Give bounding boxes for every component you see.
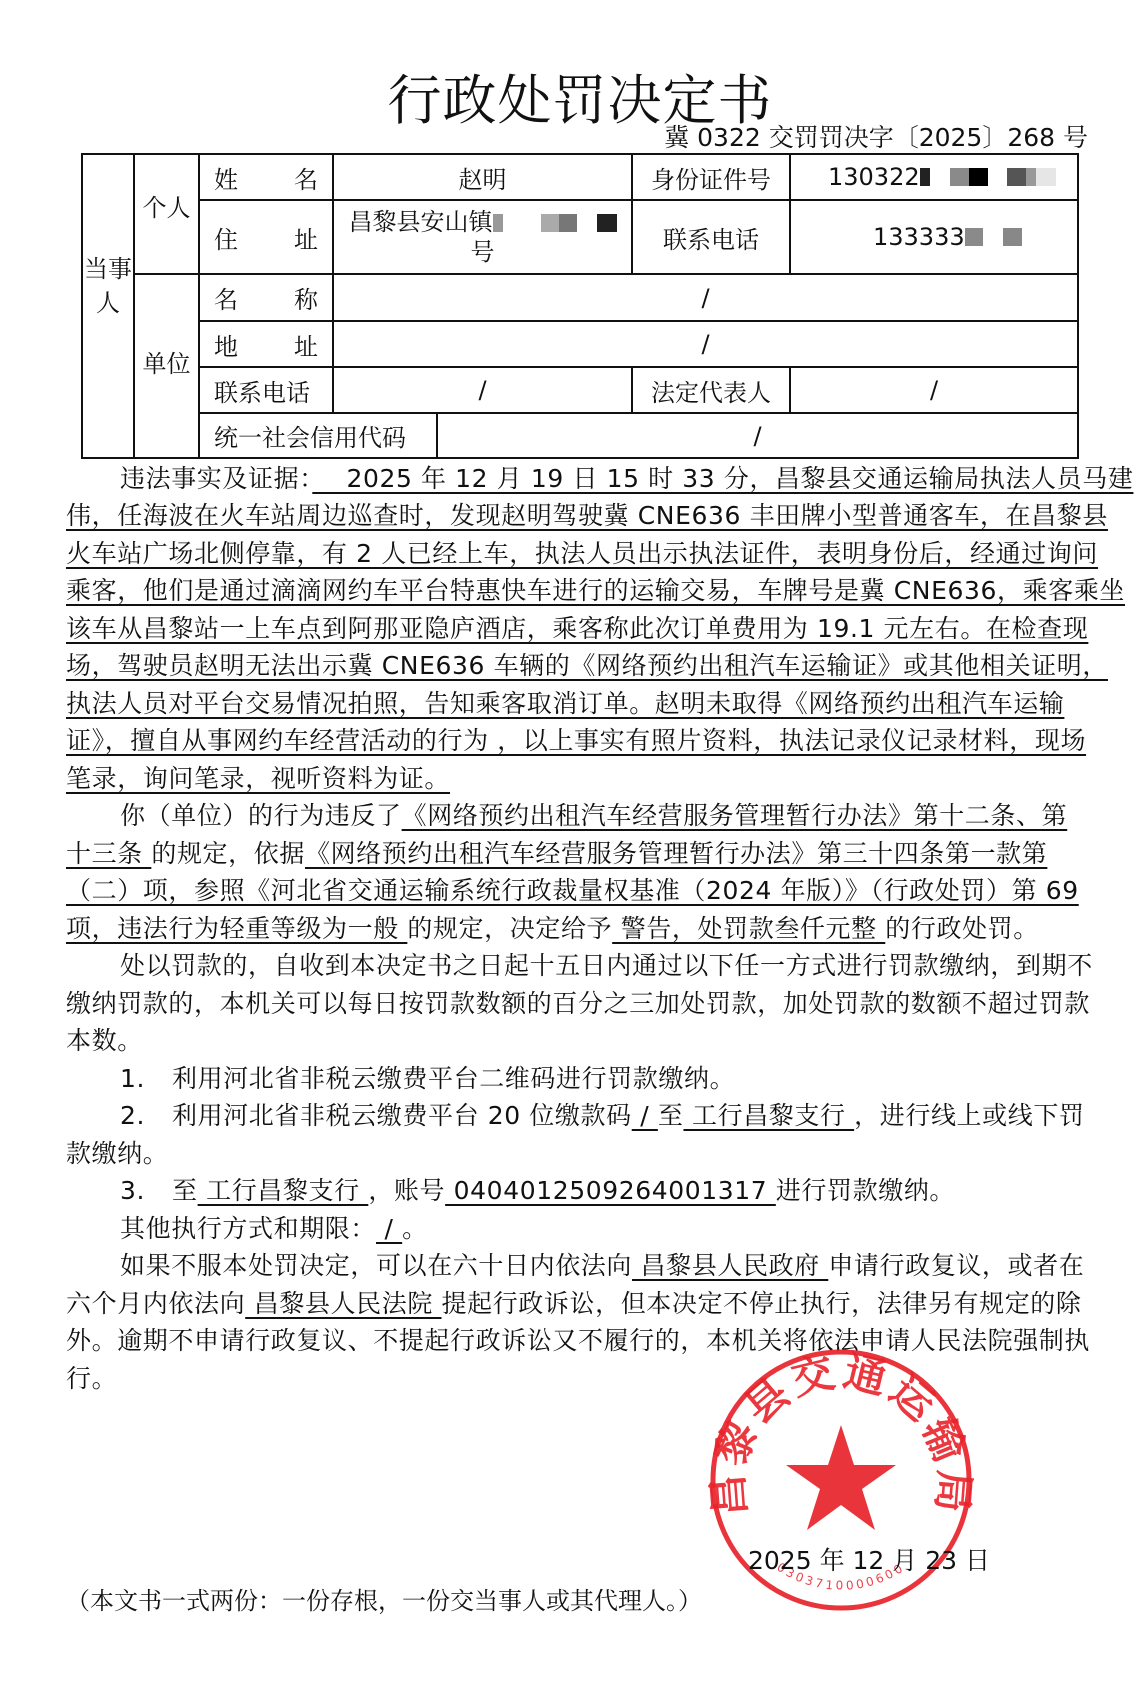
redaction-mask (1003, 228, 1022, 246)
appeal-line: 如果不服本处罚决定，可以在六十日内依法向 昌黎县人民政府 申请行政复议，或者在 (66, 1247, 1091, 1284)
redaction-mask (1036, 168, 1056, 186)
facts-line: 违法事实及证据： 2025 年 12 月 19 日 15 时 33 分，昌黎县交… (66, 460, 1091, 497)
phone-value: 133333 (791, 201, 1077, 273)
violation-line: 十三条 的规定，依据《网络预约出租汽车经营服务管理暂行办法》第三十四条第一款第 (66, 835, 1091, 872)
redaction-mask (930, 168, 950, 186)
payment-code: / (632, 1101, 658, 1130)
footer-note: （本文书一式两份：一份存根，一份交当事人或其代理人。） (66, 1581, 702, 1616)
redaction-mask (597, 214, 617, 232)
redaction-mask (559, 214, 577, 232)
individual-group-label: 个人 (135, 155, 198, 273)
facts-line: 伟，任海波在火车站周边巡查时，发现赵明驾驶冀 CNE636 丰田牌小型普通客车，… (66, 497, 1091, 534)
facts-line: 场，驾驶员赵明无法出示冀 CNE636 车辆的《网络预约出租汽车运输证》或其他相… (66, 647, 1091, 684)
facts-line: 证》，擅自从事网约车经营活动的行为 ，以上事实有照片资料，执法记录仪记录材料，现… (66, 722, 1091, 759)
name-value: 赵明 (334, 155, 631, 199)
redaction-mask (965, 228, 983, 246)
legal-rep-label: 法定代表人 (633, 368, 789, 412)
appeal-line: 六个月内依法向 昌黎县人民法院 提起行政诉讼，但本决定不停止执行，法律另有规定的… (66, 1285, 1091, 1322)
table-border-bottom (81, 457, 1079, 459)
payment-method-2-cont: 款缴纳。 (66, 1135, 1091, 1172)
id-label: 身份证件号 (633, 155, 789, 199)
redaction-mask (541, 214, 559, 232)
payment-method-2: 2.利用河北省非税云缴费平台 20 位缴款码 / 至 工行昌黎支行 ，进行线上或… (66, 1097, 1091, 1134)
unit-phone-value: / (334, 368, 631, 412)
name-label: 姓 名 (200, 155, 332, 199)
unit-name-value: / (334, 275, 1077, 320)
unit-group-label: 单位 (135, 275, 198, 457)
payment-line: 处以罚款的，自收到本决定书之日起十五日内通过以下任一方式进行罚款缴纳，到期不 (66, 947, 1091, 984)
violation-line: 你（单位）的行为违反了《网络预约出租汽车经营服务管理暂行办法》第十二条、第 (66, 797, 1091, 834)
redaction-mask (969, 168, 988, 186)
credit-code-value: / (438, 414, 1077, 457)
unit-address-value: / (334, 322, 1077, 366)
review-authority: 昌黎县人民政府 (632, 1251, 828, 1280)
phone-label: 联系电话 (633, 201, 789, 273)
address-label: 住 址 (200, 201, 332, 273)
bank-name: 工行昌黎支行 (198, 1176, 369, 1205)
bank-name: 工行昌黎支行 (683, 1101, 854, 1130)
id-value: 130322 (791, 155, 1077, 199)
payment-method-1: 1.利用河北省非税云缴费平台二维码进行罚款缴纳。 (66, 1060, 1091, 1097)
unit-phone-label: 联系电话 (200, 368, 332, 412)
facts-line: 乘客，他们是通过滴滴网约车平台特惠快车进行的运输交易，车牌号是冀 CNE636，… (66, 572, 1091, 609)
court-name: 昌黎县人民法院 (245, 1289, 441, 1318)
redaction-mask (577, 214, 597, 232)
redaction-mask (920, 168, 930, 186)
address-value: 昌黎县安山镇 号 (334, 201, 631, 273)
redaction-mask (1026, 168, 1036, 186)
other-execution: 其他执行方式和期限： / 。 (66, 1210, 1091, 1247)
facts-line: 火车站广场北侧停靠，有 2 人已经上车，执法人员出示执法证件，表明身份后，经通过… (66, 535, 1091, 572)
unit-name-label: 名 称 (200, 275, 332, 320)
redaction-mask (503, 214, 541, 232)
payment-line: 缴纳罚款的，本机关可以每日按罚款数额的百分之三加处罚款，加处罚款的数额不超过罚款 (66, 985, 1091, 1022)
table-border-right (1077, 153, 1079, 459)
payment-method-3: 3.至 工行昌黎支行 ，账号 0404012509264001317 进行罚款缴… (66, 1172, 1091, 1209)
credit-code-label: 统一社会信用代码 (200, 414, 436, 457)
facts-label: 违法事实及证据： (120, 464, 312, 493)
unit-address-label: 地 址 (200, 322, 332, 366)
party-label: 当事人 (83, 155, 133, 457)
legal-rep-value: / (791, 368, 1077, 412)
violation-line: 项，违法行为轻重等级为一般 的规定，决定给予 警告，处罚款叁仟元整 的行政处罚。 (66, 910, 1091, 947)
penalty-value: 警告，处罚款叁仟元整 (612, 914, 885, 943)
redaction-mask (988, 168, 1007, 186)
violation-line: （二）项，参照《河北省交通运输系统行政裁量权基准（2024 年版）》（行政处罚）… (66, 872, 1091, 909)
account-number: 0404012509264001317 (445, 1176, 776, 1205)
redaction-mask (950, 168, 969, 186)
facts-line: 执法人员对平台交易情况拍照，告知乘客取消订单。赵明未取得《网络预约出租汽车运输 (66, 685, 1091, 722)
facts-line: 笔录，询问笔录，视听资料为证。 (66, 760, 1091, 797)
star-icon (786, 1425, 896, 1530)
payment-line: 本数。 (66, 1022, 1091, 1059)
redaction-mask (983, 228, 1003, 246)
redaction-mask (493, 214, 503, 232)
facts-line: 该车从昌黎站一上车点到阿那亚隐庐酒店，乘客称此次订单费用为 19.1 元左右。在… (66, 610, 1091, 647)
redaction-mask (1007, 168, 1026, 186)
issue-date: 2025 年 12 月 23 日 (748, 1541, 990, 1577)
document-number: 冀 0322 交罚罚决字〔2025〕268 号 (640, 118, 1088, 154)
